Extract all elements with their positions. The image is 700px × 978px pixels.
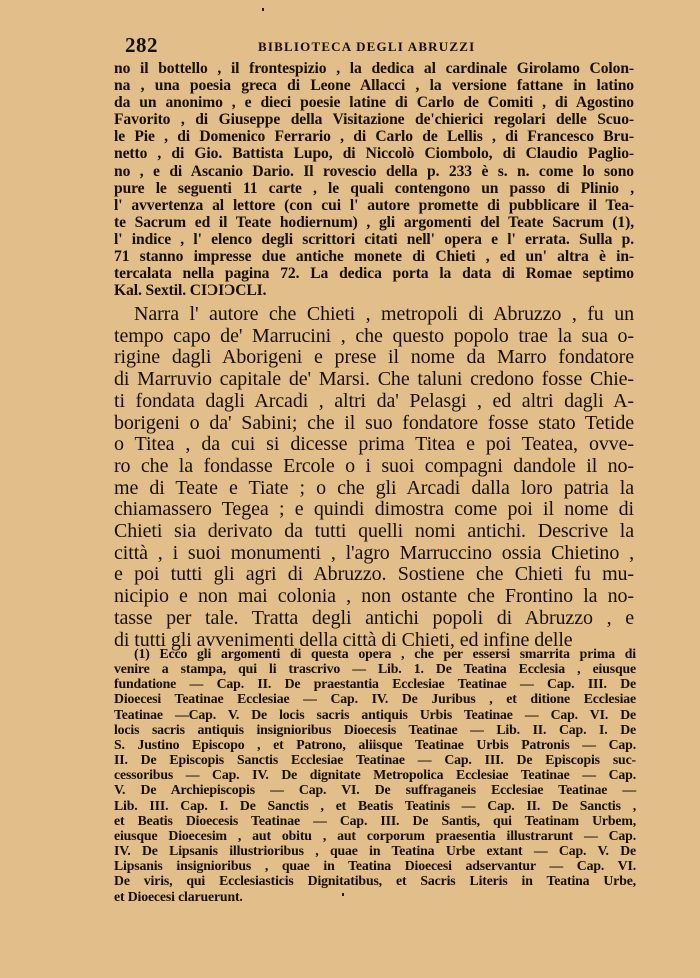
text-line: Lib. III. Cap. I. De Sanctis , et Beatis… <box>114 798 636 813</box>
text-line: Teatinae —Cap. V. De locis sacris antiqu… <box>114 707 636 722</box>
book-page: 282 BIBLIOTECA DEGLI ABRUZZI no il botte… <box>0 0 700 978</box>
text-line: et Dioecesi claruerunt. <box>114 889 636 904</box>
running-title: BIBLIOTECA DEGLI ABRUZZI <box>258 39 475 55</box>
text-line: tempo capo de' Marrucini , che questo po… <box>114 326 634 348</box>
text-line: rigine dagli Aborigeni e prese il nome d… <box>114 347 634 369</box>
text-line: Lipsanis insignioribus , quae in Teatina… <box>114 858 636 873</box>
text-line: nicipio e non mai colonia , non ostante … <box>114 586 634 608</box>
text-line: et Beatis Dioecesis Teatinae — Cap. III.… <box>114 813 636 828</box>
text-line: tasse per tale. Tratta degli antichi pop… <box>114 608 634 630</box>
text-line: e poi tutti gli agri di Abruzzo. Sostien… <box>114 564 634 586</box>
page-header: 282 BIBLIOTECA DEGLI ABRUZZI <box>125 33 635 57</box>
print-speck <box>342 893 344 896</box>
text-line: di Marruvio capitale de' Marsi. Che talu… <box>114 369 634 391</box>
text-line: S. Justino Episcopo , et Patrono, aliisq… <box>114 737 636 752</box>
text-line: l' avvertenza al lettore (con cui l' aut… <box>114 197 634 214</box>
text-line: no il bottello , il frontespizio , la de… <box>114 60 634 77</box>
paragraph-bibliographic-description: no il bottello , il frontespizio , la de… <box>114 60 634 299</box>
text-line: me di Teate e Tiate ; o che gli Arcadi d… <box>114 478 634 500</box>
text-line: o Titea , da cui si dicesse prima Titea … <box>114 434 634 456</box>
text-line: Dioecesi Teatinae Ecclesiae — Cap. IV. D… <box>114 691 636 706</box>
text-line: 71 stanno impresse due antiche monete di… <box>114 248 634 265</box>
text-line: te Sacrum ed il Teate hodiernum) , gli a… <box>114 214 634 231</box>
text-line: Favorito , di Giuseppe della Visitazione… <box>114 111 634 128</box>
text-line: Chieti sia derivato da tutti quelli nomi… <box>114 521 634 543</box>
text-line: II. De Episcopis Sanctis Ecclesiae Teati… <box>114 752 636 767</box>
text-line: locis sacris antiquis insignioribus Dioe… <box>114 722 636 737</box>
text-line: De viris, qui Ecclesiasticis Dignitatibu… <box>114 873 636 888</box>
text-line: no , e di Ascanio Dario. Il rovescio del… <box>114 163 634 180</box>
print-speck <box>262 8 264 11</box>
text-line: (1) Ecco gli argomenti di questa opera ,… <box>114 646 636 661</box>
text-line: netto , di Gio. Battista Lupo, di Niccol… <box>114 145 634 162</box>
text-line: pure le seguenti 11 carte , le quali con… <box>114 180 634 197</box>
footnote: (1) Ecco gli argomenti di questa opera ,… <box>114 646 636 904</box>
text-line: le Pie , di Domenico Ferrario , di Carlo… <box>114 128 634 145</box>
text-line: borigeni o da' Sabini; che il suo fondat… <box>114 413 634 435</box>
text-line: Narra l' autore che Chieti , metropoli d… <box>114 304 634 326</box>
text-line: da un anonimo , e dieci poesie latine di… <box>114 94 634 111</box>
text-line: chiamassero Tegea ; e quindi dimostra co… <box>114 499 634 521</box>
text-line: ti fondata dagli Arcadi , altri da' Pela… <box>114 391 634 413</box>
text-line: cessoribus — Cap. IV. De dignitate Metro… <box>114 767 636 782</box>
text-line: na , una poesia greca di Leone Allacci ,… <box>114 77 634 94</box>
text-line: V. De Archiepiscopis — Cap. VI. De suffr… <box>114 782 636 797</box>
text-line: l' indice , l' elenco degli scrittori ci… <box>114 231 634 248</box>
text-line: Kal. Sextil. CIƆIƆCLI. <box>114 282 634 299</box>
text-line: IV. De Lipsanis illustrioribus , quae in… <box>114 843 636 858</box>
text-line: eiusque Dioecesim , aut obitu , aut corp… <box>114 828 636 843</box>
paragraph-summary: Narra l' autore che Chieti , metropoli d… <box>114 304 634 651</box>
text-line: venire a stampa, qui li trascrivo — Lib.… <box>114 661 636 676</box>
text-line: tercalata nella pagina 72. La dedica por… <box>114 265 634 282</box>
text-line: ro che la fondasse Ercole o i suoi compa… <box>114 456 634 478</box>
text-line: città , i suoi monumenti , l'agro Marruc… <box>114 543 634 565</box>
page-number: 282 <box>125 33 158 58</box>
text-line: fundatione — Cap. II. De praestantia Ecc… <box>114 676 636 691</box>
